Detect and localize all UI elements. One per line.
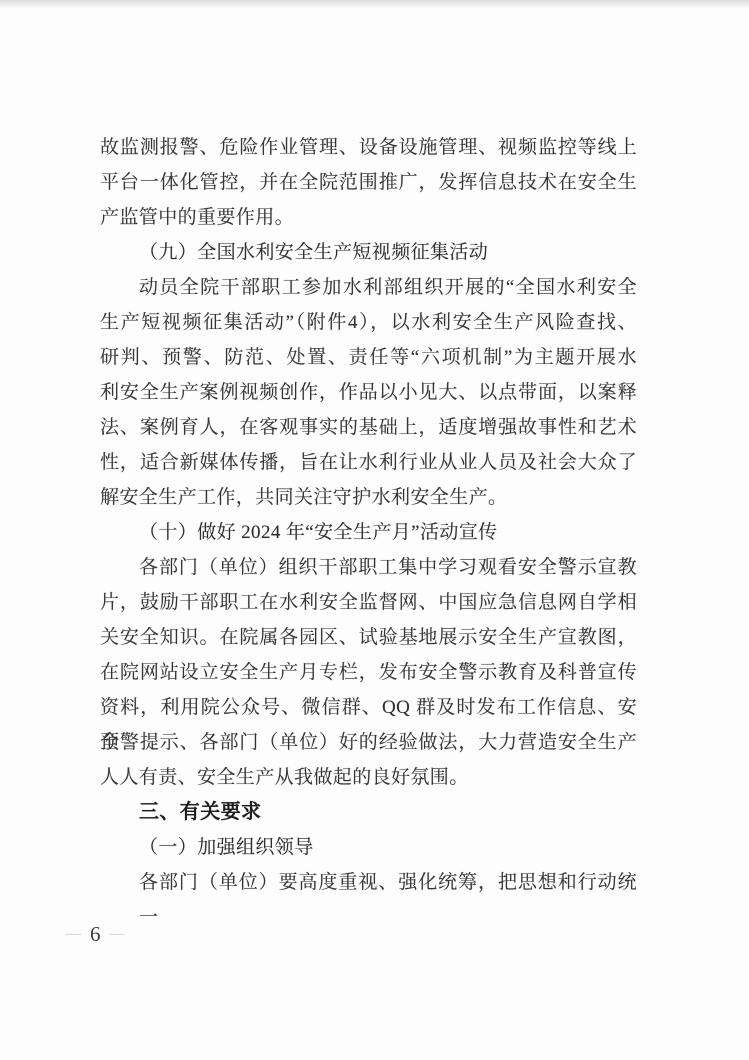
document-lines: 故监测报警、危险作业管理、设备设施管理、视频监控等线上平台一体化管控，并在全院范… [100, 130, 637, 900]
text-line: 研判、预警、防范、处置、责任等“六项机制”为主题开展水 [100, 340, 637, 375]
text-line: 片，鼓励干部职工在水利安全监督网、中国应急信息网自学相 [100, 585, 637, 620]
text-line: 各部门（单位）组织干部职工集中学习观看安全警示宣教 [100, 550, 637, 585]
subsection-heading: （十）做好 2024 年“安全生产月”活动宣传 [100, 515, 637, 550]
page-number: — 6 — [66, 922, 125, 947]
text-line: 解安全生产工作，共同关注守护水利安全生产。 [100, 480, 637, 515]
text-line: 生产短视频征集活动”（附件4），以水利安全生产风险查找、 [100, 305, 637, 340]
section-heading: 三、有关要求 [100, 795, 637, 830]
text-line: 人人有责、安全生产从我做起的良好氛围。 [100, 760, 637, 795]
text-line: 关安全知识。在院属各园区、试验基地展示安全生产宣教图， [100, 620, 637, 655]
scan-edge-top [0, 0, 749, 9]
text-line: 平台一体化管控，并在全院范围推广，发挥信息技术在安全生 [100, 165, 637, 200]
page-number-dash-right: — [110, 926, 125, 943]
text-line: 法、案例育人，在客观事实的基础上，适度增强故事性和艺术 [100, 410, 637, 445]
document-page: 故监测报警、危险作业管理、设备设施管理、视频监控等线上平台一体化管控，并在全院范… [0, 0, 749, 1060]
text-line: 资料，利用院公众号、微信群、QQ 群及时发布工作信息、安全 [100, 690, 637, 725]
text-line: 各部门（单位）要高度重视、强化统筹，把思想和行动统一 [100, 865, 637, 900]
text-line: 预警提示、各部门（单位）好的经验做法，大力营造安全生产 [100, 725, 637, 760]
text-line: 在院网站设立安全生产月专栏，发布安全警示教育及科普宣传 [100, 655, 637, 690]
text-line: 产监管中的重要作用。 [100, 200, 637, 235]
text-line: 故监测报警、危险作业管理、设备设施管理、视频监控等线上 [100, 130, 637, 165]
text-line: 利安全生产案例视频创作，作品以小见大、以点带面，以案释 [100, 375, 637, 410]
page-number-value: 6 [90, 922, 101, 947]
subsection-heading: （一）加强组织领导 [100, 830, 637, 865]
text-line: 动员全院干部职工参加水利部组织开展的“全国水利安全 [100, 270, 637, 305]
page-number-dash-left: — [66, 926, 81, 943]
text-line: 性，适合新媒体传播，旨在让水利行业从业人员及社会大众了 [100, 445, 637, 480]
subsection-heading: （九）全国水利安全生产短视频征集活动 [100, 235, 637, 270]
